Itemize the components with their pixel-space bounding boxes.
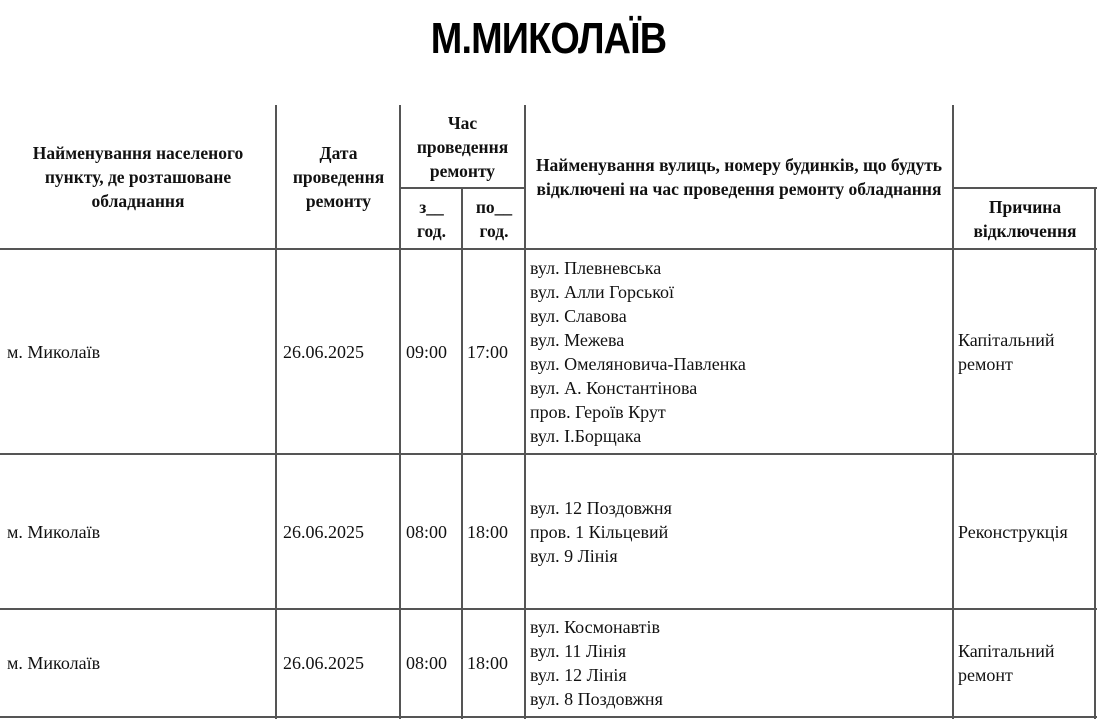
cell-time-to: 18:00 bbox=[467, 455, 523, 608]
column-divider bbox=[524, 105, 526, 719]
street-item: вул. 8 Поздовжня bbox=[530, 687, 663, 711]
cell-settlement: м. Миколаїв bbox=[7, 610, 272, 716]
cell-reason: Капітальний ремонт bbox=[958, 610, 1086, 716]
row-divider bbox=[0, 716, 1097, 718]
cell-reason: Капітальний ремонт bbox=[958, 250, 1086, 453]
street-item: вул. 11 Лінія bbox=[530, 639, 626, 663]
cell-settlement: м. Миколаїв bbox=[7, 250, 272, 453]
street-item: вул. Плевневська bbox=[530, 256, 661, 280]
header-settlement: Найменування населеного пункту, де розта… bbox=[4, 105, 272, 248]
cell-date: 26.06.2025 bbox=[283, 455, 398, 608]
cell-time-to: 18:00 bbox=[467, 610, 523, 716]
header-time-group: Час проведення ремонту bbox=[401, 107, 524, 187]
column-divider bbox=[952, 105, 954, 719]
street-item: вул. Межева bbox=[530, 328, 624, 352]
cell-streets: вул. 12 Поздовжня пров. 1 Кільцевий вул.… bbox=[530, 455, 950, 608]
outage-table: Найменування населеного пункту, де розта… bbox=[0, 0, 1097, 719]
header-reason: Причина відключення bbox=[956, 190, 1094, 248]
cell-time-from: 08:00 bbox=[406, 610, 461, 716]
cell-streets: вул. Космонавтів вул. 11 Лінія вул. 12 Л… bbox=[530, 610, 950, 716]
column-divider bbox=[399, 105, 401, 719]
street-item: вул. А. Константінова bbox=[530, 376, 697, 400]
row-divider bbox=[953, 187, 1097, 189]
header-time-to: по__ год. bbox=[465, 190, 523, 248]
header-streets: Найменування вулиць, номеру будинків, що… bbox=[530, 105, 948, 248]
cell-streets: вул. Плевневська вул. Алли Горської вул.… bbox=[530, 250, 950, 453]
column-divider bbox=[275, 105, 277, 719]
street-item: вул. Омеляновича-Павленка bbox=[530, 352, 746, 376]
header-time-from: з__ год. bbox=[404, 190, 459, 248]
street-item: вул. Космонавтів bbox=[530, 615, 660, 639]
street-item: вул. 12 Лінія bbox=[530, 663, 627, 687]
cell-time-from: 08:00 bbox=[406, 455, 461, 608]
street-item: вул. Алли Горської bbox=[530, 280, 674, 304]
cell-time-from: 09:00 bbox=[406, 250, 461, 453]
row-divider bbox=[400, 187, 525, 189]
cell-date: 26.06.2025 bbox=[283, 610, 398, 716]
cell-reason: Реконструкція bbox=[958, 455, 1096, 608]
cell-date: 26.06.2025 bbox=[283, 250, 398, 453]
street-item: вул. Славова bbox=[530, 304, 627, 328]
street-item: пров. Героїв Крут bbox=[530, 400, 666, 424]
street-item: вул. 12 Поздовжня bbox=[530, 496, 672, 520]
street-item: вул. І.Борщака bbox=[530, 424, 641, 448]
street-item: вул. 9 Лінія bbox=[530, 544, 618, 568]
street-item: пров. 1 Кільцевий bbox=[530, 520, 668, 544]
cell-settlement: м. Миколаїв bbox=[7, 455, 272, 608]
header-date: Дата проведення ремонту bbox=[280, 105, 397, 248]
cell-time-to: 17:00 bbox=[467, 250, 523, 453]
